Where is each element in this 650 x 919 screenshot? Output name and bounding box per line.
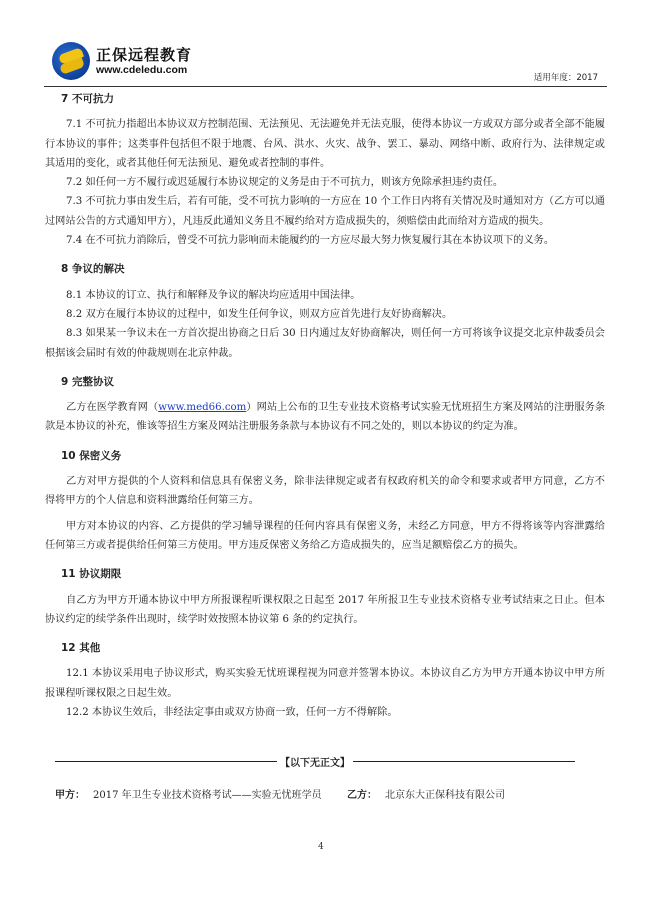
section-heading: 11 协议期限 [45,565,605,584]
header-divider [44,86,607,87]
party-a-value: 2017 年卫生专业技术资格考试——实验无忧班学员 [93,790,322,801]
section-other: 12 其他 12.1 本协议采用电子协议形式，购买实验无忧班课程视为同意并签署本… [45,639,605,722]
paragraph: 7.2 如任何一方不履行或迟延履行本协议规定的义务是由于不可抗力，则该方免除承担… [45,173,605,192]
paragraph: 7.1 不可抗力指超出本协议双方控制范围、无法预见、无法避免并无法克服，使得本协… [45,115,605,173]
brand-url: www.cdeledu.com [96,64,187,76]
section-dispute-resolution: 8 争议的解决 8.1 本协议的订立、执行和解释及争议的解决均应适用中国法律。 … [45,260,605,362]
paragraph: 乙方对甲方提供的个人资料和信息具有保密义务，除非法律规定或者有权政府机关的命令和… [45,472,605,511]
page-number: 4 [318,842,324,852]
paragraph: 8.1 本协议的订立、执行和解释及争议的解决均应适用中国法律。 [45,286,605,305]
party-b-value: 北京东大正保科技有限公司 [385,790,505,801]
section-confidentiality: 10 保密义务 乙方对甲方提供的个人资料和信息具有保密义务，除非法律规定或者有权… [45,447,605,555]
section-heading: 9 完整协议 [45,373,605,392]
paragraph: 7.3 不可抗力事由发生后，若有可能，受不可抗力影响的一方应在 10 个工作日内… [45,192,605,231]
cdeledu-logo-icon [52,42,90,80]
section-heading: 12 其他 [45,639,605,658]
section-heading: 8 争议的解决 [45,260,605,279]
text: 乙方在医学教育网（ [66,402,158,413]
applicable-year: 适用年度：2017 [534,71,598,83]
section-heading: 7 不可抗力 [45,90,605,109]
paragraph: 8.2 双方在履行本协议的过程中，如发生任何争议，则双方应首先进行友好协商解决。 [45,305,605,324]
end-of-text-label: 【以下无正文】 [277,754,353,769]
party-b: 乙方：北京东大正保科技有限公司 [347,786,505,801]
divider-line [353,761,575,762]
paragraph: 甲方对本协议的内容、乙方提供的学习辅导课程的任何内容具有保密义务，未经乙方同意，… [45,517,605,556]
paragraph: 乙方在医学教育网（www.med66.com）网站上公布的卫生专业技术资格考试实… [45,398,605,437]
document-body: 7 不可抗力 7.1 不可抗力指超出本协议双方控制范围、无法预见、无法避免并无法… [45,90,605,722]
divider-line [55,761,277,762]
section-force-majeure: 7 不可抗力 7.1 不可抗力指超出本协议双方控制范围、无法预见、无法避免并无法… [45,90,605,250]
page-header: 正保远程教育 www.cdeledu.com 适用年度：2017 [52,42,612,87]
party-a-label: 甲方： [55,790,85,801]
party-a: 甲方：2017 年卫生专业技术资格考试——实验无忧班学员 [55,786,322,801]
party-b-label: 乙方： [347,790,377,801]
paragraph: 自乙方为甲方开通本协议中甲方所报课程听课权限之日起至 2017 年所报卫生专业技… [45,591,605,630]
med66-link[interactable]: www.med66.com [158,402,246,413]
section-entire-agreement: 9 完整协议 乙方在医学教育网（www.med66.com）网站上公布的卫生专业… [45,373,605,437]
section-heading: 10 保密义务 [45,447,605,466]
section-term: 11 协议期限 自乙方为甲方开通本协议中甲方所报课程听课权限之日起至 2017 … [45,565,605,629]
paragraph: 7.4 在不可抗力消除后，曾受不可抗力影响而未能履约的一方应尽最大努力恢复履行其… [45,231,605,250]
paragraph: 12.1 本协议采用电子协议形式，购买实验无忧班课程视为同意并签署本协议。本协议… [45,664,605,703]
end-of-text-divider: 【以下无正文】 [55,754,575,768]
paragraph: 12.2 本协议生效后，非经法定事由或双方协商一致，任何一方不得解除。 [45,703,605,722]
brand-name: 正保远程教育 [96,44,192,65]
paragraph: 8.3 如果某一争议未在一方首次提出协商之日后 30 日内通过友好协商解决，则任… [45,324,605,363]
